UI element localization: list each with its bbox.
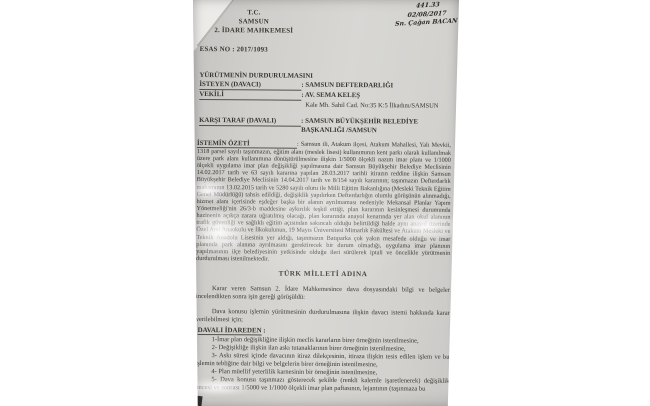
handwritten-note: 441.33 02/08/2017 Sn. Çağan BACAN <box>393 0 461 29</box>
defendant-label: KARŞI TARAF (DAVALI) <box>199 116 301 127</box>
document-body: T.C. SAMSUN 2. İDARE MAHKEMESİ ESAS NO :… <box>195 0 452 394</box>
from-defendant-colon: : <box>263 328 265 335</box>
attorney-value: : AV. SEMA KELEŞ <box>301 90 360 99</box>
attorney-label: VEKİLİ <box>199 90 301 101</box>
parties-block: YÜRÜTMENİN DURDURULMASINI İSTEYEN (DAVAC… <box>199 72 451 136</box>
request-item-3: 3- Askı süresi içinde davacının itiraz d… <box>195 352 449 370</box>
document-photo: 441.33 02/08/2017 Sn. Çağan BACAN T.C. S… <box>193 0 459 406</box>
screenshot-canvas: 441.33 02/08/2017 Sn. Çağan BACAN T.C. S… <box>0 0 650 406</box>
attorney-address: Kale Mh. Sahil Cad. No:35 K:5 İlkadım/SA… <box>305 100 451 110</box>
from-defendant-label: DAVALI İDAREDEN <box>198 327 262 335</box>
summary-paragraph: İSTEMİN ÖZETİ: Samsun ili, Atakum ilçesi… <box>196 140 451 264</box>
header-court: 2. İDARE MAHKEMESİ <box>204 26 304 36</box>
request-item-5: 5- Dava konusu taşınmazı gösterecek şeki… <box>195 376 449 394</box>
plaintiff-value: : SAMSUN DEFTERDARLIĞI <box>301 80 393 90</box>
in-the-name-heading: TÜRK MİLLETİ ADINA <box>196 270 450 280</box>
court-header: T.C. SAMSUN 2. İDARE MAHKEMESİ <box>204 8 304 36</box>
ruling-paragraph-1: Karar veren Samsun 2. İdare Mahkemesince… <box>196 285 450 303</box>
defendant-value: : SAMSUN BÜYÜKŞEHİR BELEDİYE BAŞKANLIĞI … <box>301 116 423 135</box>
plaintiff-label: İSTEYEN (DAVACI) <box>199 80 301 91</box>
ruling-paragraph-2: Dava konusu işlemin yürütmesinin durduru… <box>196 308 450 326</box>
bottom-edge-mark <box>196 396 202 406</box>
summary-text: : Samsun ili, Atakum ilçesi, Atakum Maha… <box>196 140 451 262</box>
defendant-row: KARŞI TARAF (DAVALI) : SAMSUN BÜYÜKŞEHİR… <box>199 116 451 136</box>
case-number: ESAS NO : 2017/1093 <box>200 46 452 56</box>
